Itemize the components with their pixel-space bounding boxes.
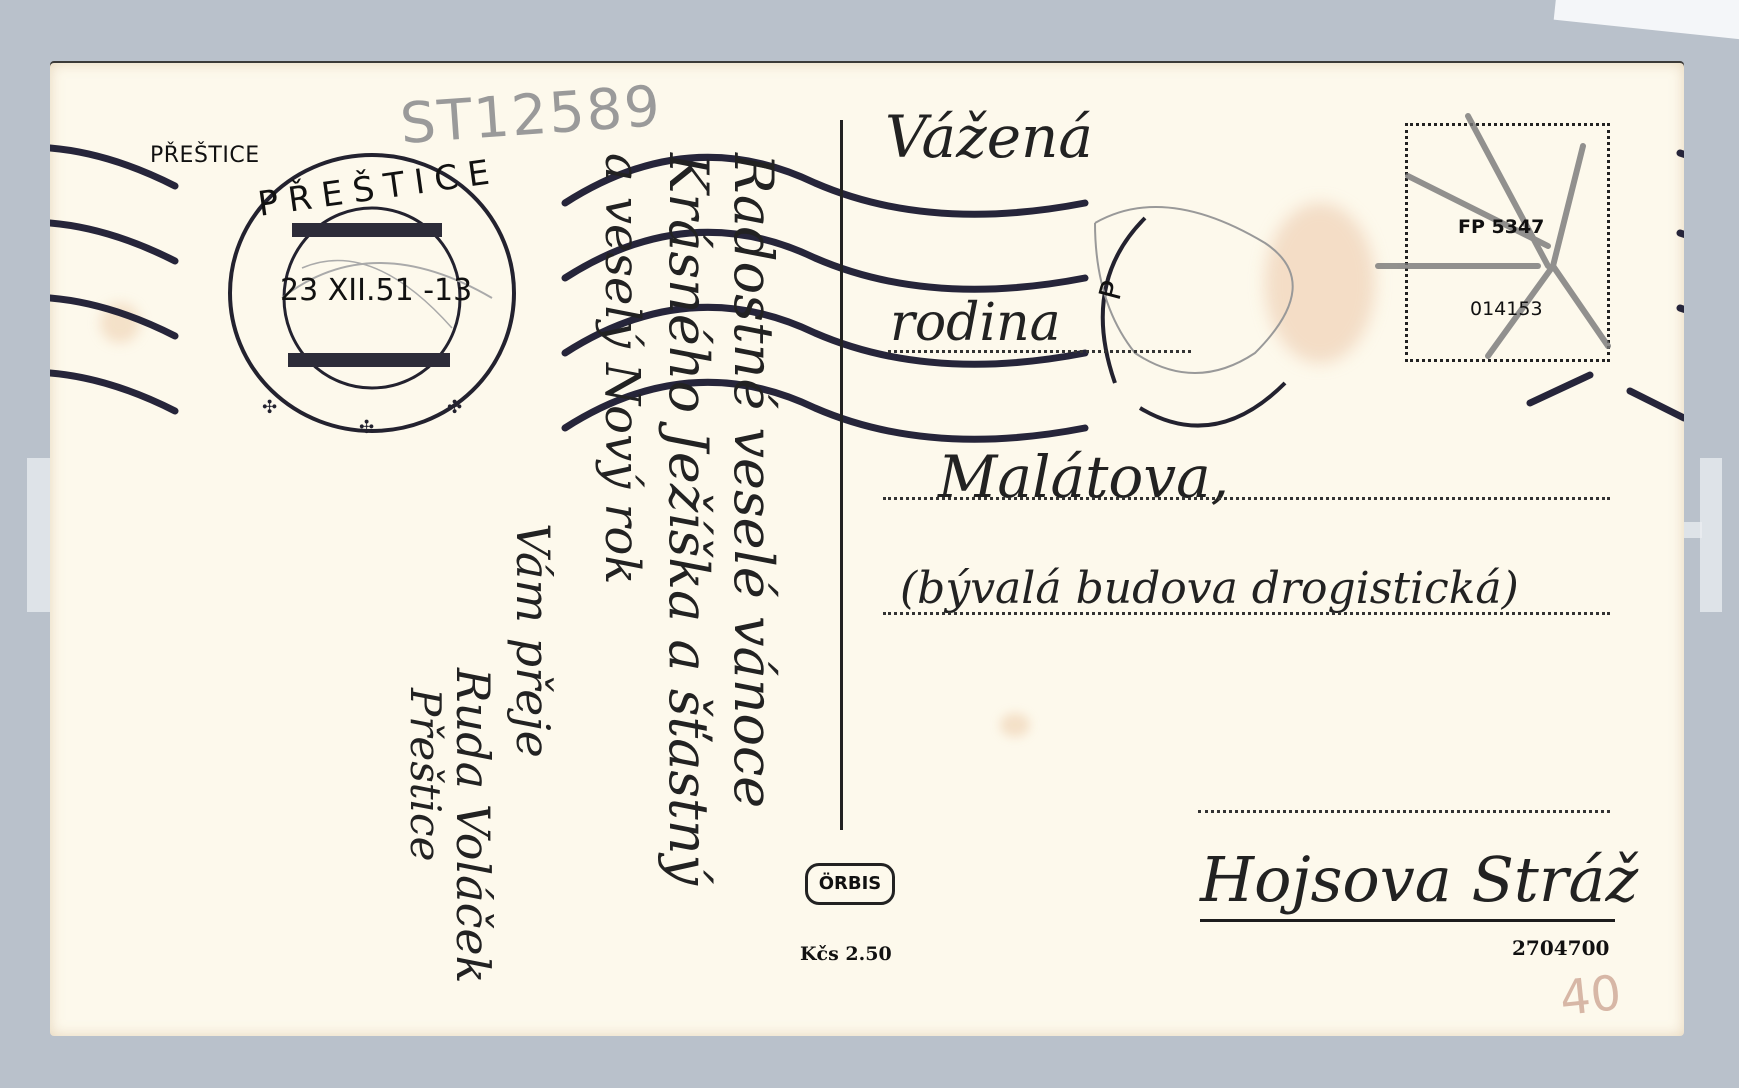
address-line-4 — [1198, 810, 1610, 813]
svg-text:✣: ✣ — [262, 397, 277, 418]
address-note: (bývalá budova drogistická) — [900, 563, 1519, 614]
signature-name: Ruda Voláček — [446, 668, 500, 983]
svg-text:✣: ✣ — [447, 397, 462, 418]
postcard-back: PŘEŠTICE ST12589 ✣ ✣ ✣ — [50, 63, 1684, 1036]
address-town: Hojsova Stráž — [1200, 843, 1638, 916]
address-line-3 — [883, 612, 1610, 615]
price-label: Kčs 2.50 — [800, 943, 892, 965]
message-line: Radostné veselé vánoce — [722, 153, 785, 808]
stamp-code: FP 5347 — [1458, 216, 1544, 238]
stamp-number: 014153 — [1470, 298, 1543, 320]
address-street: Malátova, — [938, 443, 1229, 511]
watermark-right-bar — [1684, 522, 1702, 538]
stamp-box: FP 5347 014153 — [1405, 123, 1610, 362]
message-line: Vám přeje — [506, 523, 560, 758]
address-underline — [1200, 919, 1615, 922]
watermark-right — [1700, 458, 1722, 612]
postmark-partial: P — [1075, 203, 1315, 443]
pencil-price: 40 — [1557, 965, 1624, 1027]
message-line: a veselý Nový rok — [594, 153, 650, 584]
background-band — [1554, 0, 1739, 61]
publisher-logo: ÖRBIS — [805, 863, 895, 905]
signature-place: Přeštice — [401, 688, 450, 861]
address-salutation: Vážená — [885, 103, 1093, 171]
svg-text:✣: ✣ — [359, 417, 374, 438]
address-family: rodina — [890, 293, 1061, 353]
catalog-number: 2704700 — [1512, 936, 1609, 960]
watermark-left — [27, 458, 51, 612]
postmark-date: 23 XII.51 -13 — [280, 273, 472, 308]
divider-line — [840, 120, 843, 830]
postmark-prestice: ✣ ✣ ✣ PŘEŠTICE 23 XII.51 -13 — [222, 148, 522, 438]
address-line-2 — [883, 497, 1610, 500]
message-line: Krásného Ježíška a šťastný — [657, 153, 720, 885]
address-line-1 — [888, 350, 1191, 353]
